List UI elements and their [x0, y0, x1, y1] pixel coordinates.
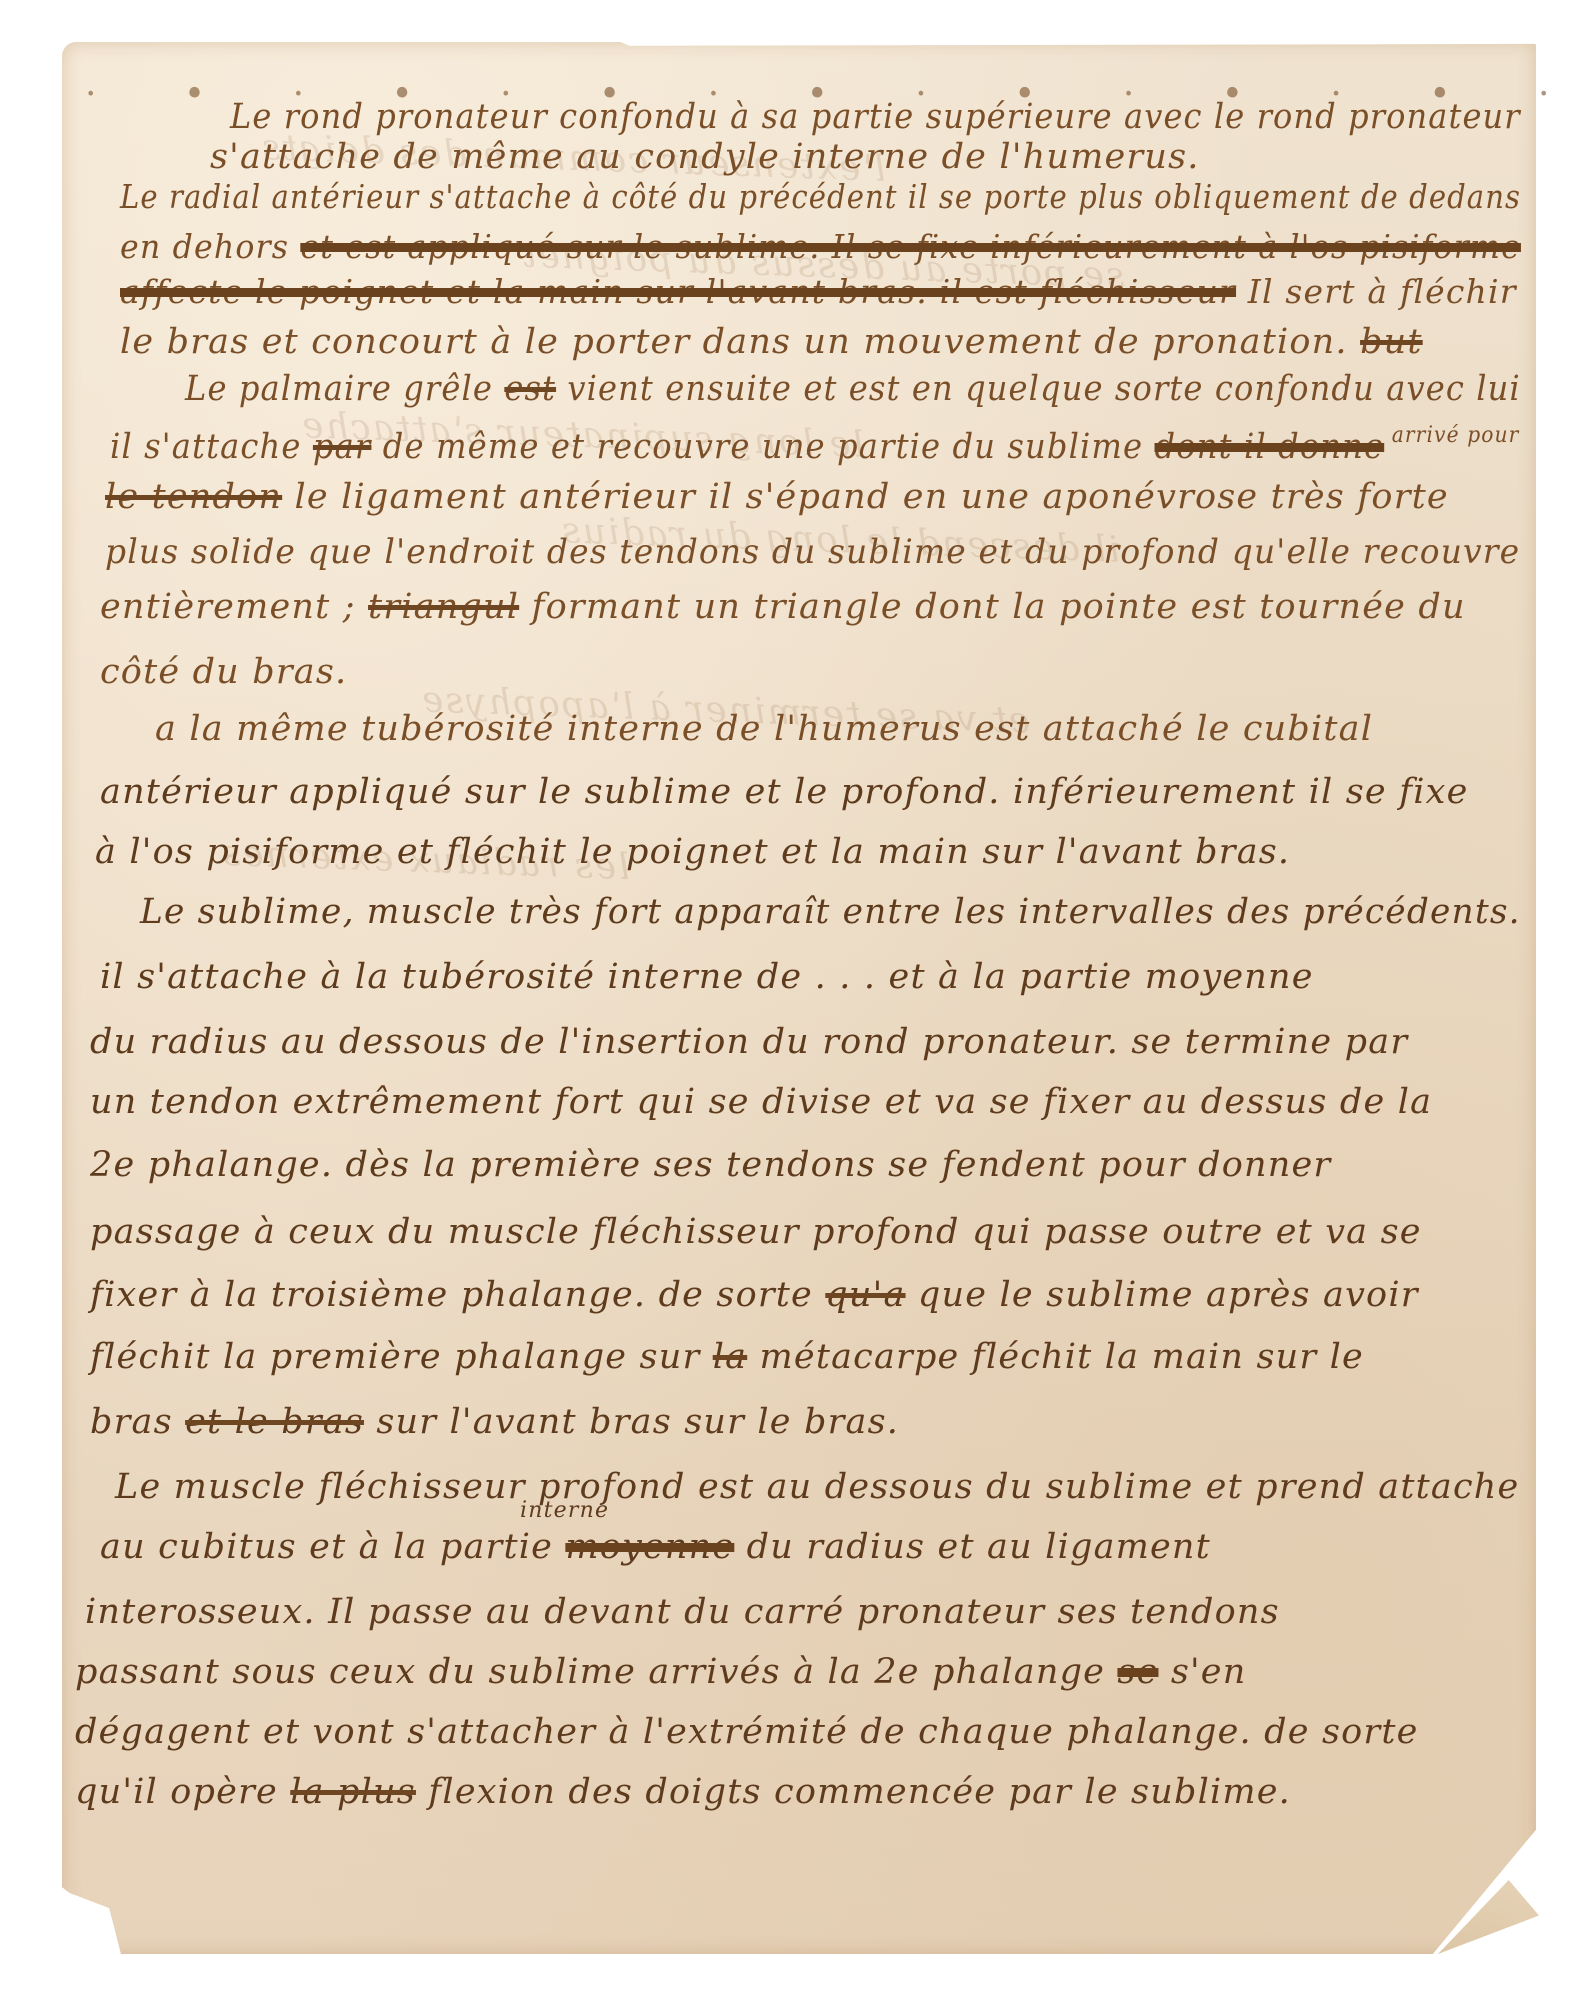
- text-line: au cubitus et à la partie moyenne du rad…: [100, 1530, 1211, 1565]
- line-text: qu'il opère: [75, 1772, 290, 1812]
- text-line: 2e phalange. dès la première ses tendons…: [90, 1148, 1331, 1183]
- line-text: un tendon extrêmement fort qui se divise…: [90, 1082, 1432, 1122]
- text-line: interosseux. Il passe au devant du carré…: [85, 1595, 1280, 1630]
- line-text: formant un triangle dont la pointe est t…: [519, 587, 1466, 627]
- line-text: et à la partie moyenne: [889, 957, 1314, 997]
- struck-text: et le bras: [185, 1402, 364, 1442]
- text-line: entièrement ; triangul formant un triang…: [100, 590, 1466, 625]
- struck-text: se: [1117, 1652, 1158, 1692]
- line-text: dégagent et vont s'attacher à l'extrémit…: [75, 1712, 1419, 1752]
- line-text: entièrement ;: [100, 587, 368, 627]
- interlinear-insertion: interne: [520, 1500, 609, 1522]
- text-line: fixer à la troisième phalange. de sorte …: [90, 1278, 1419, 1313]
- struck-text: est: [504, 369, 556, 409]
- line-text: côté du bras.: [100, 652, 347, 692]
- line-text: du radius et au ligament: [734, 1527, 1211, 1567]
- struck-text: par: [313, 427, 372, 467]
- line-text: le bras et concourt à le porter dans un …: [120, 322, 1360, 362]
- struck-text: la plus: [290, 1772, 416, 1812]
- text-line: Le radial antérieur s'attache à côté du …: [120, 180, 1521, 213]
- line-text: flexion des doigts commencée par le subl…: [416, 1772, 1291, 1812]
- line-text: interosseux. Il passe au devant du carré…: [85, 1592, 1280, 1632]
- text-line: passant sous ceux du sublime arrivés à l…: [75, 1655, 1246, 1690]
- line-text: Le rond pronateur confondu à sa partie s…: [230, 97, 1521, 137]
- line-text: au cubitus et à la partie: [100, 1527, 565, 1567]
- line-text: plus solide que l'endroit des tendons du…: [105, 532, 1520, 572]
- text-line: Le palmaire grêle est vient ensuite et e…: [185, 372, 1521, 407]
- line-text: en dehors: [120, 227, 300, 266]
- struck-text: qu'a: [825, 1275, 905, 1315]
- line-text: a la même tubérosité interne de l'humeru…: [155, 709, 1373, 749]
- struck-text: et est appliqué sur le sublime. Il se fi…: [300, 227, 1521, 266]
- line-text: bras: [90, 1402, 185, 1442]
- line-text: de même et recouvre une partie du sublim…: [371, 427, 1154, 467]
- text-line: un tendon extrêmement fort qui se divise…: [90, 1085, 1432, 1120]
- line-text: vient ensuite et est en quelque sorte co…: [556, 369, 1521, 409]
- text-line: bras et le bras sur l'avant bras sur le …: [90, 1405, 899, 1440]
- text-line: passage à ceux du muscle fléchisseur pro…: [90, 1215, 1422, 1250]
- text-line: a la même tubérosité interne de l'humeru…: [155, 712, 1373, 747]
- text-line: s'attache de même au condyle interne de …: [210, 140, 1200, 175]
- text-line: il s'attache par de même et recouvre une…: [110, 430, 1519, 465]
- line-text: Il sert à fléchir: [1236, 272, 1517, 311]
- line-text: Le sublime, muscle très fort apparaît en…: [140, 892, 1521, 932]
- line-text: à l'os pisiforme et fléchit le poignet e…: [95, 832, 1290, 872]
- text-line: fléchit la première phalange sur la méta…: [90, 1340, 1364, 1375]
- struck-text: moyenne: [565, 1527, 734, 1567]
- text-line: plus solide que l'endroit des tendons du…: [105, 535, 1520, 569]
- text-line: il s'attache à la tubérosité interne de …: [100, 960, 1314, 995]
- line-text: du radius au dessous de l'insertion du r…: [90, 1022, 1408, 1062]
- struck-text: dont il donne: [1155, 427, 1385, 467]
- line-text: il s'attache: [110, 427, 313, 467]
- struck-text: le tendon: [105, 477, 282, 517]
- line-text: . . .: [802, 957, 888, 997]
- text-line: affecte le poignet et la main sur l'avan…: [120, 275, 1517, 308]
- text-line: dégagent et vont s'attacher à l'extrémit…: [75, 1715, 1419, 1750]
- text-line: à l'os pisiforme et fléchit le poignet e…: [95, 835, 1290, 870]
- text-line: en dehors et est appliqué sur le sublime…: [120, 230, 1521, 263]
- text-line: qu'il opère la plus flexion des doigts c…: [75, 1775, 1291, 1810]
- line-text: métacarpe fléchit la main sur le: [747, 1337, 1364, 1377]
- line-text: Le palmaire grêle: [185, 369, 504, 409]
- struck-text: triangul: [368, 587, 519, 627]
- line-text: sur l'avant bras sur le bras.: [364, 1402, 899, 1442]
- line-text: le ligament antérieur il s'épand en une …: [282, 477, 1449, 517]
- struck-text: affecte le poignet et la main sur l'avan…: [120, 272, 1236, 311]
- line-text: antérieur appliqué sur le sublime et le …: [100, 772, 1469, 812]
- text-line: Le sublime, muscle très fort apparaît en…: [140, 895, 1521, 930]
- line-text: fixer à la troisième phalange. de sorte: [90, 1275, 825, 1315]
- text-line: le tendon le ligament antérieur il s'épa…: [105, 480, 1449, 515]
- superscript-insertion: arrivé pour: [1384, 423, 1519, 448]
- text-line: Le muscle fléchisseur profond est au des…: [115, 1470, 1519, 1505]
- line-text: s'attache de même au condyle interne de …: [210, 137, 1200, 177]
- line-text: fléchit la première phalange sur: [90, 1337, 713, 1377]
- line-text: que le sublime après avoir: [906, 1275, 1419, 1315]
- text-line: Le rond pronateur confondu à sa partie s…: [230, 100, 1521, 135]
- text-line: antérieur appliqué sur le sublime et le …: [100, 775, 1469, 810]
- line-text: Le muscle fléchisseur profond est au des…: [115, 1467, 1519, 1507]
- text-line: du radius au dessous de l'insertion du r…: [90, 1025, 1408, 1060]
- line-text: s'en: [1159, 1652, 1247, 1692]
- text-line: le bras et concourt à le porter dans un …: [120, 325, 1423, 360]
- struck-text: but: [1360, 322, 1423, 362]
- superscript-insertion: interne: [520, 1498, 609, 1523]
- struck-text: la: [713, 1337, 747, 1377]
- text-line: côté du bras.: [100, 655, 347, 690]
- line-text: il s'attache à la tubérosité interne de: [100, 957, 802, 997]
- line-text: 2e phalange. dès la première ses tendons…: [90, 1145, 1331, 1185]
- line-text: Le radial antérieur s'attache à côté du …: [120, 177, 1521, 216]
- line-text: passage à ceux du muscle fléchisseur pro…: [90, 1212, 1422, 1252]
- line-text: passant sous ceux du sublime arrivés à l…: [75, 1652, 1117, 1692]
